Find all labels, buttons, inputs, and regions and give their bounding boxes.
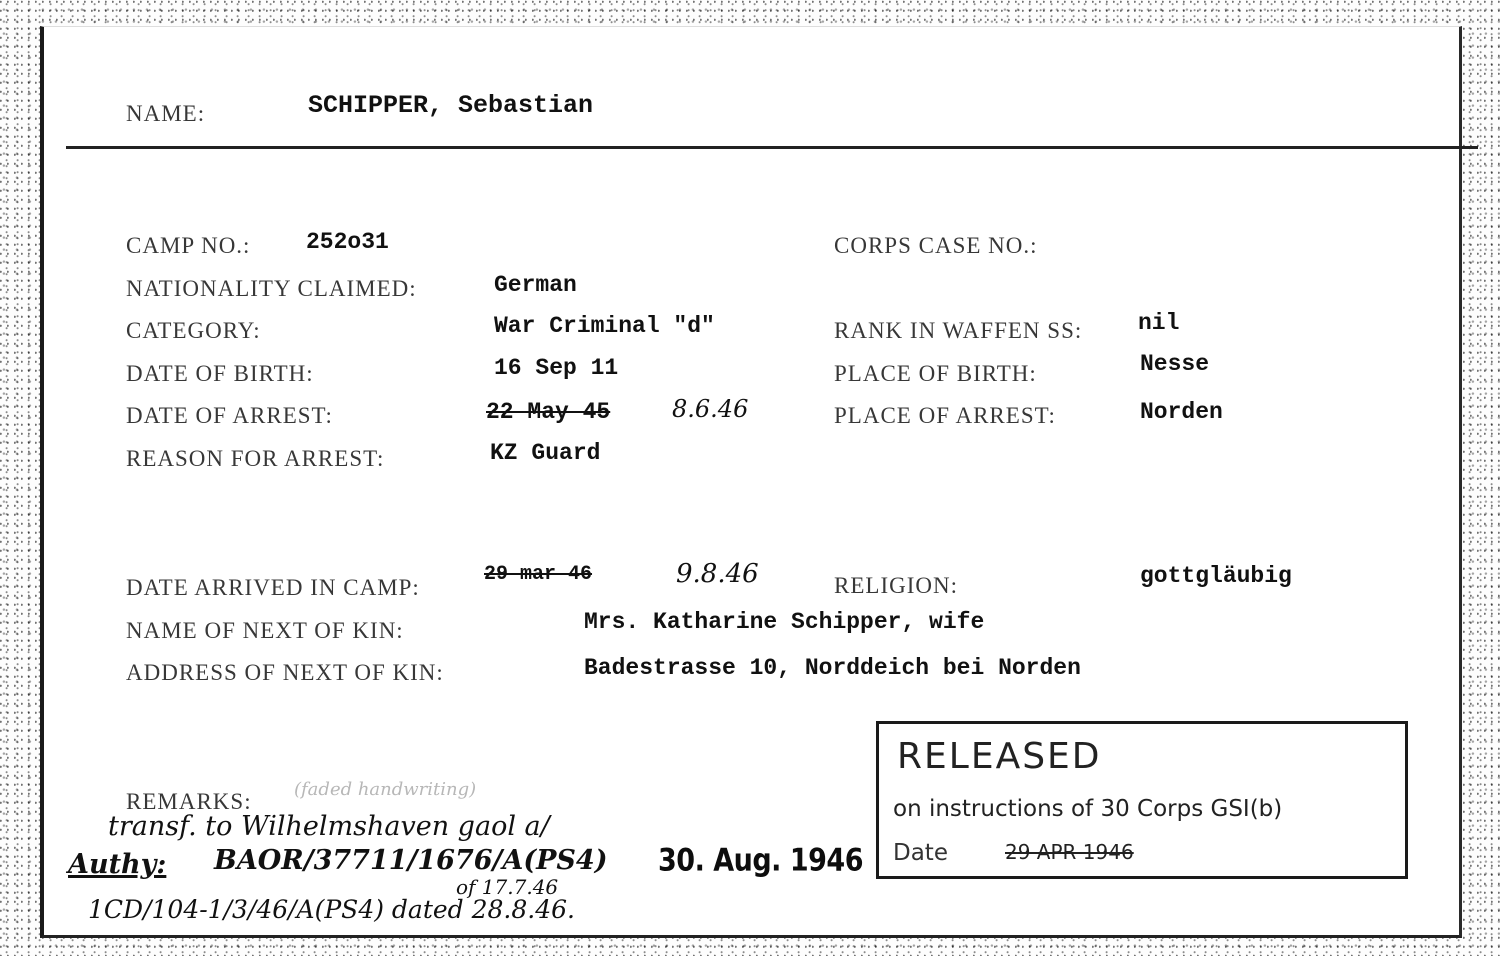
date-of-arrest-struck-value: 22 May 45	[486, 399, 610, 425]
remarks-faint-handwriting: (faded handwriting)	[294, 779, 476, 800]
religion-label: Religion:	[834, 573, 958, 599]
date-of-arrest-label: Date of Arrest:	[126, 403, 333, 429]
date-arrived-handwritten-value: 9.8.46	[676, 559, 759, 589]
next-of-kin-address-label: Address of Next of Kin:	[126, 660, 444, 686]
religion-value: gottgläubig	[1140, 563, 1292, 589]
reason-for-arrest-value: KZ Guard	[490, 440, 600, 466]
release-stamp-title: RELEASED	[897, 736, 1102, 777]
date-arrived-struck-value: 29 mar 46	[484, 563, 592, 586]
date-of-birth-label: Date of Birth:	[126, 361, 314, 387]
date-of-birth-value: 16 Sep 11	[494, 355, 618, 381]
date-stamp: 30. Aug. 1946	[658, 843, 863, 879]
name-label: Name:	[126, 101, 205, 127]
camp-no-value: 252o31	[306, 229, 389, 255]
nationality-value: German	[494, 272, 577, 298]
next-of-kin-address-value: Badestrasse 10, Norddeich bei Norden	[584, 655, 1081, 681]
category-value: War Criminal "d"	[494, 313, 715, 339]
record-card: Name: SCHIPPER, Sebastian Camp No.: 252o…	[40, 26, 1462, 938]
place-of-arrest-label: Place of Arrest:	[834, 403, 1056, 429]
rank-waffen-ss-value: nil	[1138, 310, 1179, 336]
header-divider	[66, 146, 1478, 149]
release-stamp: RELEASED on instructions of 30 Corps GSI…	[876, 721, 1408, 879]
category-label: Category:	[126, 318, 261, 344]
next-of-kin-name-label: Name of Next of Kin:	[126, 618, 404, 644]
release-stamp-date-value: 29 APR 1946	[1005, 840, 1134, 864]
date-arrived-label: Date Arrived in Camp:	[126, 575, 420, 601]
remarks-authority-prefix: Authy:	[68, 849, 166, 880]
reason-for-arrest-label: Reason for Arrest:	[126, 446, 384, 472]
rank-waffen-ss-label: Rank in Waffen SS:	[834, 318, 1082, 344]
corps-case-no-label: Corps Case No.:	[834, 233, 1038, 259]
release-stamp-date-label: Date	[893, 840, 948, 866]
place-of-birth-value: Nesse	[1140, 351, 1209, 377]
name-value: SCHIPPER, Sebastian	[308, 91, 593, 120]
remarks-line-2: BAOR/37711/1676/A(PS4)	[214, 845, 607, 876]
release-stamp-instructions: on instructions of 30 Corps GSI(b)	[893, 796, 1282, 822]
remarks-line-3: 1CD/104-1/3/46/A(PS4) dated 28.8.46.	[88, 895, 575, 924]
place-of-arrest-value: Norden	[1140, 399, 1223, 425]
nationality-label: Nationality Claimed:	[126, 276, 417, 302]
date-of-arrest-handwritten-value: 8.6.46	[672, 395, 748, 423]
camp-no-label: Camp No.:	[126, 233, 250, 259]
remarks-line-1: transf. to Wilhelmshaven gaol a/	[108, 811, 550, 842]
place-of-birth-label: Place of Birth:	[834, 361, 1037, 387]
next-of-kin-name-value: Mrs. Katharine Schipper, wife	[584, 609, 984, 635]
